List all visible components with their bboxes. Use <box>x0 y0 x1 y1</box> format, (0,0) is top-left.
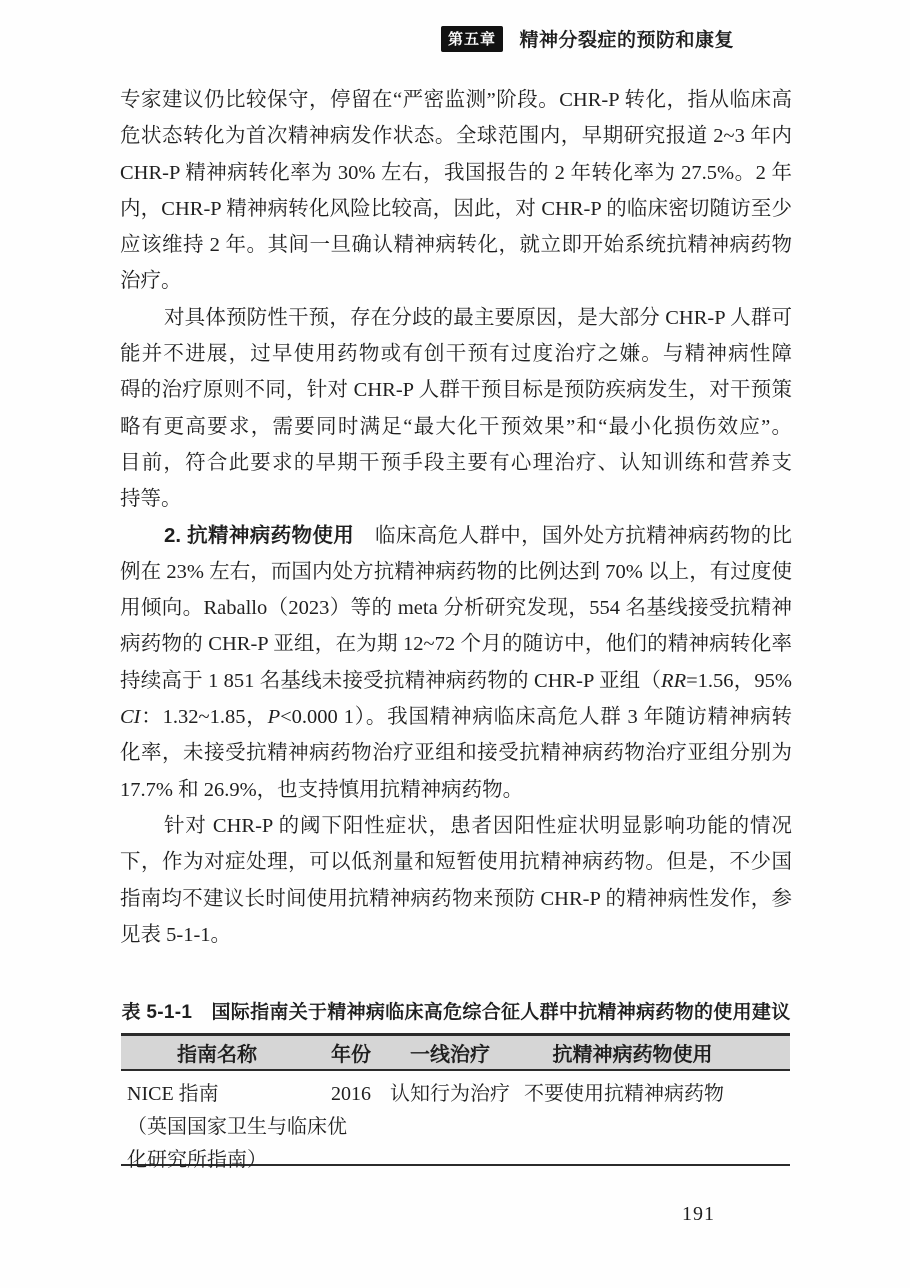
guideline-table: 指南名称 年份 一线治疗 抗精神病药物使用 NICE 指南（英国国家卫生与临床优… <box>121 1033 790 1166</box>
chapter-badge: 第五章 <box>441 26 503 52</box>
text-line: 危状态转化为首次精神病发作状态。全球范围内，早期研究报道 2~3 年内 <box>120 118 792 154</box>
text-line: 见表 5-1-1。 <box>120 917 792 953</box>
text-line: 碍的治疗原则不同，针对 CHR-P 人群干预目标是预防疾病发生，对干预策 <box>120 372 792 408</box>
text-line: 目前，符合此要求的早期干预手段主要有心理治疗、认知训练和营养支 <box>120 445 792 481</box>
column-header-guideline-name: 指南名称 <box>121 1038 313 1067</box>
column-header-antipsychotic-use: 抗精神病药物使用 <box>511 1038 790 1067</box>
table-caption: 表 5-1-1 国际指南关于精神病临床高危综合征人群中抗精神病药物的使用建议 <box>120 997 792 1024</box>
text-line: 17.7% 和 26.9%，也支持慎用抗精神病药物。 <box>120 772 792 808</box>
text-line: 2. 抗精神病药物使用 临床高危人群中，国外处方抗精神病药物的比 <box>120 518 792 554</box>
cell-year: 2016 <box>313 1078 389 1164</box>
text-line: 治疗。 <box>120 263 792 299</box>
document-page: 第五章 精神分裂症的预防和康复 专家建议仍比较保守，停留在“严密监测”阶段。CH… <box>0 0 910 1288</box>
text-line: 病药物的 CHR-P 亚组，在为期 12~72 个月的随访中，他们的精神病转化率 <box>120 626 792 662</box>
column-header-first-line-treatment: 一线治疗 <box>389 1038 511 1067</box>
text-line: CHR-P 精神病转化率为 30% 左右，我国报告的 2 年转化率为 27.5%… <box>120 155 792 191</box>
column-header-year: 年份 <box>313 1038 389 1067</box>
text-line: 用倾向。Raballo（2023）等的 meta 分析研究发现，554 名基线接… <box>120 590 792 626</box>
text-line: 例在 23% 左右，而国内处方抗精神病药物的比例达到 70% 以上，有过度使 <box>120 554 792 590</box>
text-line: 持等。 <box>120 481 792 517</box>
chapter-title: 精神分裂症的预防和康复 <box>519 25 734 52</box>
cell-guideline-name: NICE 指南（英国国家卫生与临床优化研究所指南） <box>121 1078 313 1164</box>
text-line: 专家建议仍比较保守，停留在“严密监测”阶段。CHR-P 转化，指从临床高 <box>120 82 792 118</box>
text-line: 对具体预防性干预，存在分歧的最主要原因，是大部分 CHR-P 人群可 <box>120 300 792 336</box>
text-line: CI：1.32~1.85，P<0.000 1）。我国精神病临床高危人群 3 年随… <box>120 699 792 735</box>
table-header-row: 指南名称 年份 一线治疗 抗精神病药物使用 <box>121 1033 790 1071</box>
text-line: 指南均不建议长时间使用抗精神病药物来预防 CHR-P 的精神病性发作，参 <box>120 881 792 917</box>
page-number: 191 <box>682 1203 715 1226</box>
text-line: 化率，未接受抗精神病药物治疗亚组和接受抗精神病药物治疗亚组分别为 <box>120 735 792 771</box>
text-line: 能并不进展，过早使用药物或有创干预有过度治疗之嫌。与精神病性障 <box>120 336 792 372</box>
text-line: 略有更高要求，需要同时满足“最大化干预效果”和“最小化损伤效应”。 <box>120 409 792 445</box>
guideline-name-line: 化研究所指南） <box>127 1144 313 1177</box>
text-line: 内，CHR-P 精神病转化风险比较高，因此，对 CHR-P 的临床密切随访至少 <box>120 191 792 227</box>
cell-antipsychotic-use: 不要使用抗精神病药物 <box>511 1078 790 1164</box>
table-row: NICE 指南（英国国家卫生与临床优化研究所指南） 2016 认知行为治疗 不要… <box>121 1071 790 1166</box>
cell-first-line-treatment: 认知行为治疗 <box>389 1078 511 1164</box>
guideline-name-line: （英国国家卫生与临床优 <box>127 1111 313 1144</box>
page-header: 第五章 精神分裂症的预防和康复 <box>0 25 734 52</box>
body-text: 专家建议仍比较保守，停留在“严密监测”阶段。CHR-P 转化，指从临床高危状态转… <box>120 82 792 953</box>
guideline-name-line: NICE 指南 <box>127 1078 313 1111</box>
text-line: 持续高于 1 851 名基线未接受抗精神病药物的 CHR-P 亚组（RR=1.5… <box>120 663 792 699</box>
text-line: 下，作为对症处理，可以低剂量和短暂使用抗精神病药物。但是，不少国际 <box>120 844 792 880</box>
text-line: 针对 CHR-P 的阈下阳性症状，患者因阳性症状明显影响功能的情况 <box>120 808 792 844</box>
text-line: 应该维持 2 年。其间一旦确认精神病转化，就立即开始系统抗精神病药物 <box>120 227 792 263</box>
